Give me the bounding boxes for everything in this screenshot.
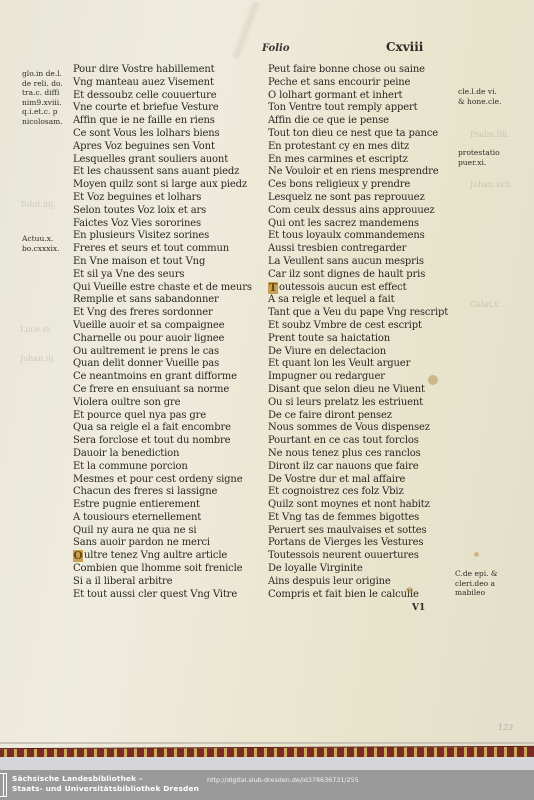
verse-text: Peut faire bonne chose ou saine	[268, 64, 425, 75]
scan-background	[0, 757, 534, 770]
text-line: Et soubz Vmbre de cest escript	[268, 320, 453, 333]
verse-text: Et cognoistrez ces folz Vbiz	[268, 486, 404, 497]
institution-line-1: Sächsische Landesbibliothek –	[12, 774, 199, 784]
pencil-folio-number: 123	[498, 723, 513, 732]
verse-text: De Vostre dur et mal affaire	[268, 474, 405, 485]
verse-text: Qui Vueille estre chaste et de meurs	[73, 282, 252, 293]
verse-text: Si a il liberal arbitre	[73, 576, 172, 587]
text-line: Apres Voz beguines sen Vont	[73, 141, 248, 154]
text-line: Compris et fait bien le calculle	[268, 589, 453, 602]
verse-text: Et Vng des freres sordonner	[73, 307, 213, 318]
text-line: Peruert ses maulvaises et sottes	[268, 525, 453, 538]
verse-text: Impugner ou redarguer	[268, 371, 385, 382]
verse-text: Et Voz beguines et lolhars	[73, 192, 201, 203]
text-line: Peut faire bonne chose ou saine	[268, 64, 453, 77]
text-line: Dauoir la benediction	[73, 448, 248, 461]
verse-text: Ton Ventre tout remply appert	[268, 102, 418, 113]
verse-text: Tant que a Veu du pape Vng rescript	[268, 307, 448, 318]
verse-text: Et tout aussi cler quest Vng Vitre	[73, 589, 237, 600]
text-line: Sans auoir pardon ne merci	[73, 537, 248, 550]
text-line: Combien que lhomme soit frenicle	[73, 563, 248, 576]
verse-text: Et les chaussent sans auant piedz	[73, 166, 239, 177]
verse-text: Et Vng tas de femmes bigottes	[268, 512, 419, 523]
illuminated-initial: O	[73, 550, 83, 562]
verse-text: Et pource quel nya pas gre	[73, 410, 206, 421]
text-line: De ce faire diront pensez	[268, 410, 453, 423]
verse-text: Chacun des freres si lassigne	[73, 486, 217, 497]
text-line: Vueille auoir et sa compaignee	[73, 320, 248, 333]
paper-crease	[230, 0, 262, 60]
verse-text: Aussi tresbien contregarder	[268, 243, 406, 254]
text-line: Lesquelz ne sont pas reprouuez	[268, 192, 453, 205]
verse-text: En Vne maison et tout Vng	[73, 256, 205, 267]
illuminated-initial: T	[268, 282, 278, 294]
text-line: Ce sont Vous les lolhars biens	[73, 128, 248, 141]
verse-text: Mesmes et pour cest ordeny signe	[73, 474, 242, 485]
text-line: Ou si leurs prelatz les estriuent	[268, 397, 453, 410]
marginal-gloss: C.de epi. & cleri.deo a mabileo	[455, 569, 498, 598]
paper-stain	[428, 375, 438, 385]
text-line: Lesquelles grant souliers auont	[73, 154, 248, 167]
text-line: Et la commune porcion	[73, 461, 248, 474]
verse-text: De Viure en delectacion	[268, 346, 386, 357]
bleed-through-text: Tobit.iiij.	[20, 200, 56, 209]
verse-text: Ne nous tenez plus ces ranclos	[268, 448, 421, 459]
verse-text: ultre tenez Vng aultre article	[84, 550, 227, 561]
text-line: Et Vng des freres sordonner	[73, 307, 248, 320]
paper-stain	[406, 587, 413, 593]
text-line: Et pource quel nya pas gre	[73, 410, 248, 423]
verse-text: Ou aultrement ie prens le cas	[73, 346, 219, 357]
marginal-gloss: protestatio puer.xi.	[458, 148, 500, 167]
text-line: Prent toute sa haictation	[268, 333, 453, 346]
text-line: O lolhart gormant et inhert	[268, 90, 453, 103]
text-line: Ne Vouloir et en riens mesprendre	[268, 166, 453, 179]
verse-text: Charnelle ou pour auoir lignee	[73, 333, 224, 344]
text-line: Quan delit donner Vueille pas	[73, 358, 248, 371]
verse-text: Quilz sont moynes et nont habitz	[268, 499, 430, 510]
verse-text: Violera oultre son gre	[73, 397, 180, 408]
bleed-through-text: Galat.v.	[470, 300, 500, 309]
bleed-through-text: Johan.iij.	[20, 354, 56, 363]
text-line: Quilz sont moynes et nont habitz	[268, 499, 453, 512]
verse-text: Compris et fait bien le calculle	[268, 589, 419, 600]
verse-text: Pourtant en ce cas tout forclos	[268, 435, 419, 446]
verse-text: Affin die ce que ie pense	[268, 115, 389, 126]
verse-text: Car ilz sont dignes de hault pris	[268, 269, 425, 280]
verse-text: En mes carmines et escriptz	[268, 154, 408, 165]
text-line: Si a il liberal arbitre	[73, 576, 248, 589]
text-line: En mes carmines et escriptz	[268, 154, 453, 167]
verse-text: A sa reigle et lequel a fait	[268, 294, 394, 305]
text-line: Ce frere en ensuiuant sa norme	[73, 384, 248, 397]
book-page-scan: Folio Cxviii Tobit.iiij. Luce.vi. Johan.…	[0, 0, 534, 750]
verse-text: Et la commune porcion	[73, 461, 188, 472]
verse-text: O lolhart gormant et inhert	[268, 90, 402, 101]
verse-text: Freres et seurs et tout commun	[73, 243, 229, 254]
verse-text: Estre pugnie entierement	[73, 499, 200, 510]
verse-text: Et soubz Vmbre de cest escript	[268, 320, 422, 331]
verse-text: Prent toute sa haictation	[268, 333, 390, 344]
verse-text: Faictes Voz Vies sororines	[73, 218, 201, 229]
verse-text: Sans auoir pardon ne merci	[73, 537, 210, 548]
text-line: Qui Vueille estre chaste et de meurs	[73, 282, 248, 295]
text-line: Ains despuis leur origine	[268, 576, 453, 589]
verse-text: Selon toutes Voz loix et ars	[73, 205, 206, 216]
text-line: Qua sa reigle el a fait encombre	[73, 422, 248, 435]
text-line: Oultre tenez Vng aultre article	[73, 550, 248, 563]
permalink-url[interactable]: http://digital.slub-dresden.de/id3786367…	[207, 776, 359, 784]
verse-text: outessois aucun est effect	[279, 282, 406, 293]
text-line: Affin que ie ne faille en riens	[73, 115, 248, 128]
text-line: Vne courte et briefue Vesture	[73, 102, 248, 115]
text-line: De Vostre dur et mal affaire	[268, 474, 453, 487]
verse-text: Dauoir la benediction	[73, 448, 179, 459]
verse-text: Et tous loyaulx commandemens	[268, 230, 425, 241]
text-line: Toutessois aucun est effect	[268, 282, 453, 295]
marginal-gloss: glo.in de.l. de reli. do. tra.c. diffi n…	[22, 69, 63, 126]
verse-text: Apres Voz beguines sen Vont	[73, 141, 215, 152]
text-line: Com ceulx dessus ains approuuez	[268, 205, 453, 218]
institution-line-2: Staats- und Universitätsbibliothek Dresd…	[12, 784, 199, 794]
library-footer: Sächsische Landesbibliothek – Staats- un…	[0, 770, 534, 800]
text-line: Moyen quilz sont si large aux piedz	[73, 179, 248, 192]
verse-text: Quan delit donner Vueille pas	[73, 358, 219, 369]
text-column-right: Peut faire bonne chose ou sainePeche et …	[268, 64, 453, 601]
verse-text: Ou si leurs prelatz les estriuent	[268, 397, 423, 408]
text-line: Ou aultrement ie prens le cas	[73, 346, 248, 359]
verse-text: De ce faire diront pensez	[268, 410, 392, 421]
text-line: Pourtant en ce cas tout forclos	[268, 435, 453, 448]
text-line: Faictes Voz Vies sororines	[73, 218, 248, 231]
text-line: Et quant lon les Veult arguer	[268, 358, 453, 371]
verse-text: En protestant cy en mes ditz	[268, 141, 409, 152]
text-line: Et tous loyaulx commandemens	[268, 230, 453, 243]
verse-text: La Veullent sans aucun mespris	[268, 256, 424, 267]
verse-text: Quil ny aura ne qua ne si	[73, 525, 196, 536]
text-line: La Veullent sans aucun mespris	[268, 256, 453, 269]
verse-text: Lesquelz ne sont pas reprouuez	[268, 192, 425, 203]
text-line: Sera forclose et tout du nombre	[73, 435, 248, 448]
verse-text: Disant que selon dieu ne Viuent	[268, 384, 425, 395]
verse-text: Com ceulx dessus ains approuuez	[268, 205, 435, 216]
marginal-gloss: cle.l.de vi. & hone.cle.	[458, 87, 501, 106]
text-line: Charnelle ou pour auoir lignee	[73, 333, 248, 346]
verse-text: Pour dire Vostre habillement	[73, 64, 215, 75]
text-line: Peche et sans encourir peine	[268, 77, 453, 90]
text-line: En protestant cy en mes ditz	[268, 141, 453, 154]
text-line: Et cognoistrez ces folz Vbiz	[268, 486, 453, 499]
verse-text: Ce frere en ensuiuant sa norme	[73, 384, 229, 395]
verse-text: Moyen quilz sont si large aux piedz	[73, 179, 247, 190]
text-line: Chacun des freres si lassigne	[73, 486, 248, 499]
text-line: Tant que a Veu du pape Vng rescript	[268, 307, 453, 320]
running-header-folio: Folio	[262, 43, 290, 54]
verse-text: De loyalle Virginite	[268, 563, 363, 574]
text-line: Remplie et sans sabandonner	[73, 294, 248, 307]
text-line: A tousiours eternellement	[73, 512, 248, 525]
verse-text: Ne Vouloir et en riens mesprendre	[268, 166, 439, 177]
text-line: Et Voz beguines et lolhars	[73, 192, 248, 205]
verse-text: Et dessoubz celle couuerture	[73, 90, 217, 101]
text-line: Et les chaussent sans auant piedz	[73, 166, 248, 179]
text-line: Disant que selon dieu ne Viuent	[268, 384, 453, 397]
text-line: Vng manteau auez Visement	[73, 77, 248, 90]
paper-stain	[474, 552, 479, 557]
text-line: Impugner ou redarguer	[268, 371, 453, 384]
text-line: Violera oultre son gre	[73, 397, 248, 410]
verse-text: Ces bons religieux y prendre	[268, 179, 410, 190]
text-line: A sa reigle et lequel a fait	[268, 294, 453, 307]
verse-text: Remplie et sans sabandonner	[73, 294, 219, 305]
verse-text: Sera forclose et tout du nombre	[73, 435, 230, 446]
verse-text: En plusieurs Visitez sorines	[73, 230, 209, 241]
text-line: Quil ny aura ne qua ne si	[73, 525, 248, 538]
verse-text: Nous sommes de Vous dispensez	[268, 422, 430, 433]
page-edge	[0, 742, 534, 744]
text-line: En plusieurs Visitez sorines	[73, 230, 248, 243]
text-line: De Viure en delectacion	[268, 346, 453, 359]
verse-text: Vng manteau auez Visement	[73, 77, 214, 88]
text-line: Ne nous tenez plus ces ranclos	[268, 448, 453, 461]
text-line: Aussi tresbien contregarder	[268, 243, 453, 256]
text-line: Affin die ce que ie pense	[268, 115, 453, 128]
bleed-through-text: Johan.xvii.	[470, 180, 512, 189]
text-line: Et Vng tas de femmes bigottes	[268, 512, 453, 525]
verse-text: Tout ton dieu ce nest que ta pance	[268, 128, 438, 139]
verse-text: Lesquelles grant souliers auont	[73, 154, 228, 165]
text-line: Ces bons religieux y prendre	[268, 179, 453, 192]
text-line: Nous sommes de Vous dispensez	[268, 422, 453, 435]
text-column-left: Pour dire Vostre habillementVng manteau …	[73, 64, 248, 601]
verse-text: Ains despuis leur origine	[268, 576, 391, 587]
text-line: Freres et seurs et tout commun	[73, 243, 248, 256]
folio-number: Cxviii	[386, 40, 423, 54]
text-line: Et tout aussi cler quest Vng Vitre	[73, 589, 248, 602]
marginal-gloss: Actuu.x. bo.cxxxix.	[22, 234, 59, 253]
verse-text: Diront ilz car nauons que faire	[268, 461, 418, 472]
signature-mark: V1	[412, 603, 425, 613]
text-line: Et dessoubz celle couuerture	[73, 90, 248, 103]
text-line: Pour dire Vostre habillement	[73, 64, 248, 77]
verse-text: Portans de Vierges les Vestures	[268, 537, 423, 548]
text-line: De loyalle Virginite	[268, 563, 453, 576]
verse-text: Et quant lon les Veult arguer	[268, 358, 410, 369]
verse-text: Vueille auoir et sa compaignee	[73, 320, 224, 331]
verse-text: Ce neantmoins en grant difforme	[73, 371, 237, 382]
text-line: Diront ilz car nauons que faire	[268, 461, 453, 474]
verse-text: Qua sa reigle el a fait encombre	[73, 422, 231, 433]
verse-text: A tousiours eternellement	[73, 512, 201, 523]
text-line: Toutessois neurent ouuertures	[268, 550, 453, 563]
verse-text: Qui ont les sacrez mandemens	[268, 218, 419, 229]
verse-text: Peruert ses maulvaises et sottes	[268, 525, 426, 536]
text-line: Ce neantmoins en grant difforme	[73, 371, 248, 384]
text-line: Selon toutes Voz loix et ars	[73, 205, 248, 218]
verse-text: Combien que lhomme soit frenicle	[73, 563, 242, 574]
verse-text: Affin que ie ne faille en riens	[73, 115, 215, 126]
text-line: Qui ont les sacrez mandemens	[268, 218, 453, 231]
text-line: Tout ton dieu ce nest que ta pance	[268, 128, 453, 141]
verse-text: Ce sont Vous les lolhars biens	[73, 128, 220, 139]
text-line: Ton Ventre tout remply appert	[268, 102, 453, 115]
verse-text: Toutessois neurent ouuertures	[268, 550, 419, 561]
institution-name: Sächsische Landesbibliothek – Staats- un…	[12, 774, 199, 794]
text-line: Portans de Vierges les Vestures	[268, 537, 453, 550]
bleed-through-text: Psalm.liii.	[470, 130, 510, 139]
verse-text: Et sil ya Vne des seurs	[73, 269, 184, 280]
verse-text: Peche et sans encourir peine	[268, 77, 410, 88]
text-line: Et sil ya Vne des seurs	[73, 269, 248, 282]
text-line: Estre pugnie entierement	[73, 499, 248, 512]
text-line: Car ilz sont dignes de hault pris	[268, 269, 453, 282]
bleed-through-text: Luce.vi.	[20, 325, 52, 334]
slub-logo-icon	[0, 773, 7, 797]
text-line: En Vne maison et tout Vng	[73, 256, 248, 269]
verse-text: Vne courte et briefue Vesture	[73, 102, 219, 113]
text-line: Mesmes et pour cest ordeny signe	[73, 474, 248, 487]
